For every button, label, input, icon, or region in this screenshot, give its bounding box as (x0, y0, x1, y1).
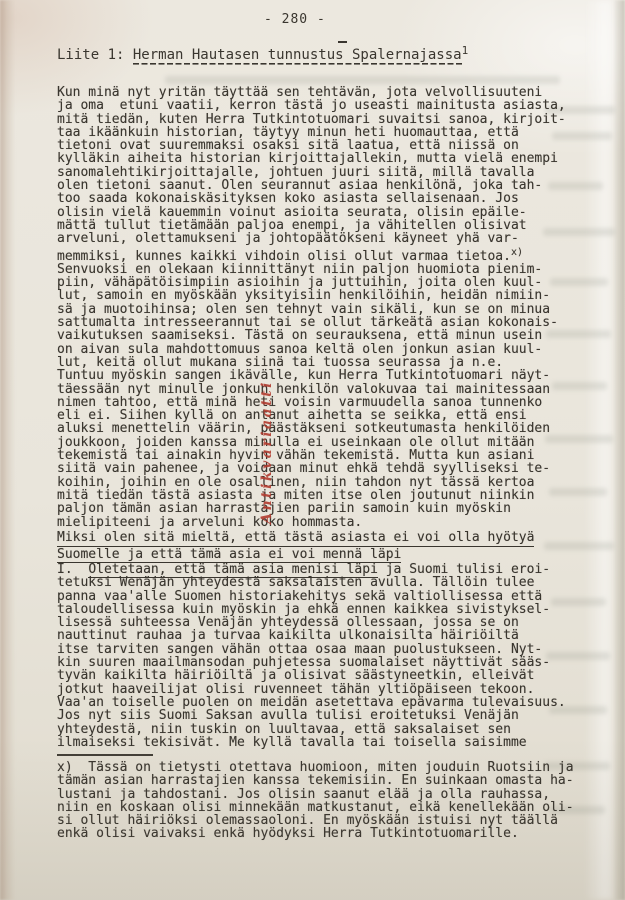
section-heading-line-2: Suomelle ja että tämä asia ei voi mennä … (57, 547, 534, 564)
scan-edge-right (613, 0, 625, 900)
bleed-through-mark (544, 542, 614, 550)
margin-annotation-text: Antikvariaatti (259, 380, 275, 524)
paragraph-2-text: ja Suomi tulisi eroi- tetuksi Wenäjän yh… (57, 562, 566, 750)
paragraph-1-text-a: Kun minä nyt yritän täyttää sen tehtävän… (57, 85, 566, 264)
footnote-marker-x: x) (511, 247, 523, 258)
body-paragraph-2: I. Oletetaan, että tämä asia menisi läpi… (57, 563, 566, 749)
footnote-text: x) Tässä on tietysti otettava huomioon, … (57, 761, 574, 841)
section-heading-line-1: Miksi olen sitä mieltä, että tästä asias… (57, 530, 534, 547)
bleed-through-mark (165, 76, 560, 84)
title-footnote-reference: 1 (462, 44, 469, 57)
document-title: Liite 1: Herman Hautasen tunnustus Spale… (57, 44, 468, 63)
section-heading: Miksi olen sitä mieltä, että tästä asias… (57, 530, 534, 563)
footnote-separator-line (57, 754, 153, 756)
body-paragraph-1: Kun minä nyt yritän täyttää sen tehtävän… (57, 86, 566, 529)
typed-overline-mark (338, 41, 347, 43)
page-number: - 280 - (264, 12, 326, 27)
scanned-page: - 280 - Liite 1: Herman Hautasen tunnust… (0, 0, 625, 900)
scan-edge-left (0, 0, 15, 900)
title-underlined-text: Herman Hautasen tunnustus Spalernajassa (133, 47, 462, 65)
paragraph-1-text-b: Senvuoksi en olekaan kiinnittänyt niin p… (57, 262, 558, 530)
title-prefix: Liite 1: (57, 47, 133, 63)
